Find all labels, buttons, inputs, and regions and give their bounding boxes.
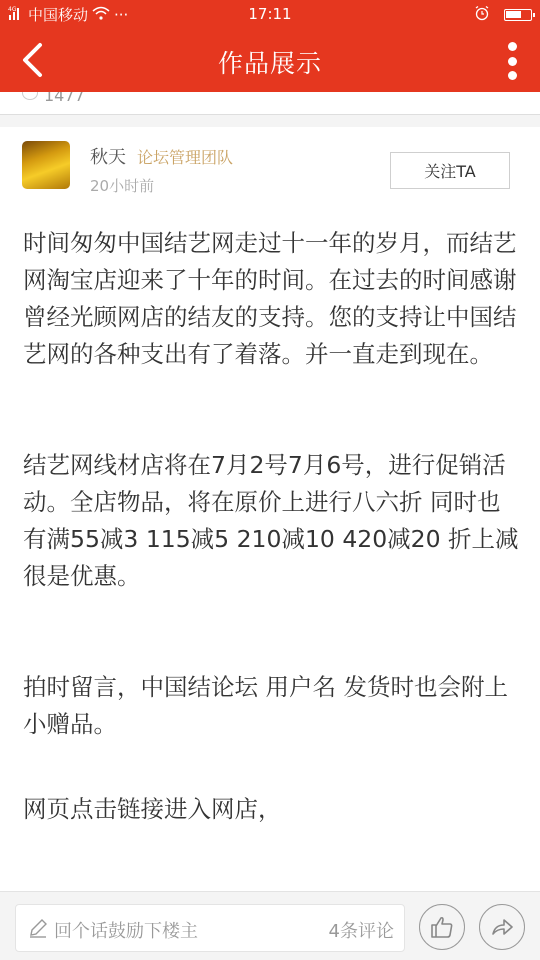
author-badge: 论坛管理团队 xyxy=(137,145,233,168)
author-header: 秋天 论坛管理团队 20小时前 关注TA xyxy=(0,127,540,197)
post-content: 时间匆匆中国结艺网走过十一年的岁月，而结艺网淘宝店迎来了十年的时间。在过去的时间… xyxy=(23,225,523,828)
top-nav-bar: 作品展示 xyxy=(0,28,540,92)
share-button[interactable] xyxy=(479,904,525,950)
share-icon xyxy=(489,914,515,940)
eye-icon xyxy=(22,92,38,100)
avatar[interactable] xyxy=(22,141,70,189)
paragraph: 结艺网线材店将在7月2号7月6号，进行促销活动。全店物品，将在原价上进行八六折 … xyxy=(23,447,523,595)
paragraph: 时间匆匆中国结艺网走过十一年的岁月，而结艺网淘宝店迎来了十年的时间。在过去的时间… xyxy=(23,225,523,373)
paragraph: 拍时留言，中国结论坛 用户名 发货时也会附上小赠品。 xyxy=(23,669,523,743)
clock: 17:11 xyxy=(0,5,540,23)
more-menu-button[interactable] xyxy=(504,42,520,80)
paragraph: 网页点击链接进入网店， xyxy=(23,791,523,828)
follow-button[interactable]: 关注TA xyxy=(390,152,510,189)
alarm-icon xyxy=(474,5,490,25)
like-button[interactable] xyxy=(419,904,465,950)
pencil-icon xyxy=(28,918,48,938)
section-gap xyxy=(0,115,540,127)
comment-count[interactable]: 4条评论 xyxy=(329,917,394,943)
bottom-action-bar: 回个话鼓励下楼主 4条评论 xyxy=(0,891,540,960)
view-count: 1477 xyxy=(44,92,85,105)
battery-icon xyxy=(504,9,532,21)
status-bar: 4G 中国移动 ··· 17:11 xyxy=(0,0,540,28)
post-meta-row: 1477 xyxy=(0,92,540,114)
author-name[interactable]: 秋天 xyxy=(90,143,126,169)
more-vertical-icon xyxy=(508,42,517,51)
thumbs-up-icon xyxy=(429,914,455,940)
comment-input[interactable]: 回个话鼓励下楼主 4条评论 xyxy=(15,904,405,952)
comment-placeholder: 回个话鼓励下楼主 xyxy=(54,917,198,943)
page-title: 作品展示 xyxy=(0,44,540,80)
post-time: 20小时前 xyxy=(90,175,154,196)
